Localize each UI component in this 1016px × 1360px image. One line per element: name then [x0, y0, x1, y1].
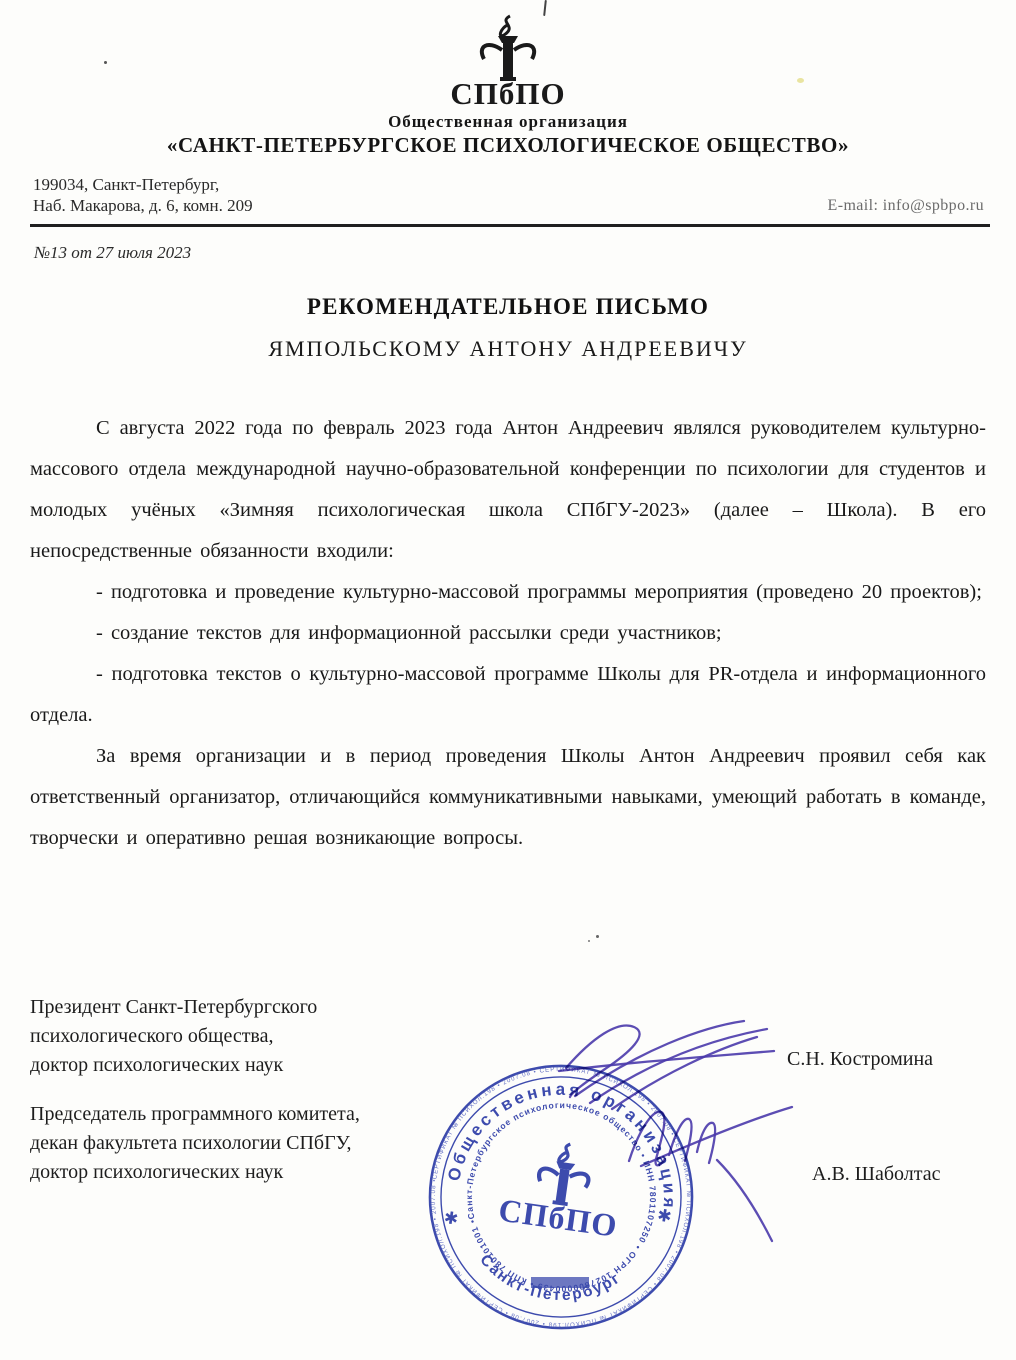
org-name: «САНКТ-ПЕТЕРБУРГСКОЕ ПСИХОЛОГИЧЕСКОЕ ОБЩ…	[0, 133, 1016, 158]
stamp-center-emblem: СПбПО	[496, 1136, 627, 1244]
org-type: Общественная организация	[0, 112, 1016, 132]
sig-title-line: Президент Санкт-Петербургского	[30, 993, 317, 1022]
paragraph: С августа 2022 года по февраль 2023 года…	[30, 408, 986, 572]
letter-title: РЕКОМЕНДАТЕЛЬНОЕ ПИСЬМО	[0, 294, 1016, 320]
signatory-title-1: Президент Санкт-Петербургского психологи…	[30, 993, 317, 1080]
reference-number: №13 от 27 июля 2023	[34, 243, 191, 263]
email-line: E-mail: info@spbpo.ru	[828, 197, 984, 215]
address-line: 199034, Санкт-Петербург,	[33, 174, 253, 195]
letter-page: СПбПО Общественная организация «САНКТ-ПЕ…	[0, 0, 1016, 1360]
sig-title-line: доктор психологических наук	[30, 1051, 317, 1080]
addressee-name: ЯМПОЛЬСКОМУ АНТОНУ АНДРЕЕВИЧУ	[0, 336, 1016, 362]
stamp-star-right: ✱	[656, 1206, 673, 1227]
scan-artifact	[588, 940, 590, 942]
letter-body: С августа 2022 года по февраль 2023 года…	[30, 408, 986, 859]
sig-title-line: Председатель программного комитета,	[30, 1100, 360, 1129]
stamp-banner	[531, 1277, 589, 1288]
header-divider	[30, 224, 990, 227]
signatory-title-2: Председатель программного комитета, дека…	[30, 1100, 360, 1187]
paragraph: За время организации и в период проведен…	[30, 736, 986, 859]
sig-title-line: психологического общества,	[30, 1022, 317, 1051]
logo-letters: СПбПО	[450, 76, 565, 110]
address-block: 199034, Санкт-Петербург, Наб. Макарова, …	[33, 174, 253, 216]
bullet-item: - создание текстов для информационной ра…	[30, 613, 986, 654]
sig-title-line: декан факультета психологии СПбГУ,	[30, 1129, 360, 1158]
sig-title-line: доктор психологических наук	[30, 1158, 360, 1187]
torch-icon	[482, 16, 534, 81]
address-line: Наб. Макарова, д. 6, комн. 209	[33, 195, 253, 216]
scan-artifact	[797, 78, 804, 83]
bullet-item: - подготовка и проведение культурно-масс…	[30, 572, 986, 613]
stamp-logo-letters: СПбПО	[496, 1192, 619, 1244]
organization-stamp: СЕРТИФИКАТ № ПСИХОЛ.198 • 2007.08 • СЕРТ…	[418, 1054, 704, 1340]
stamp-star-left: ✱	[443, 1208, 460, 1229]
bullet-item: - подготовка текстов о культурно-массово…	[30, 654, 986, 736]
signatory-name-1: С.Н. Костромина	[787, 1048, 933, 1071]
letterhead-logo: СПбПО	[448, 14, 568, 110]
scan-artifact	[104, 61, 107, 64]
signatory-name-2: А.В. Шаболтас	[812, 1163, 940, 1186]
scan-artifact	[596, 935, 599, 938]
